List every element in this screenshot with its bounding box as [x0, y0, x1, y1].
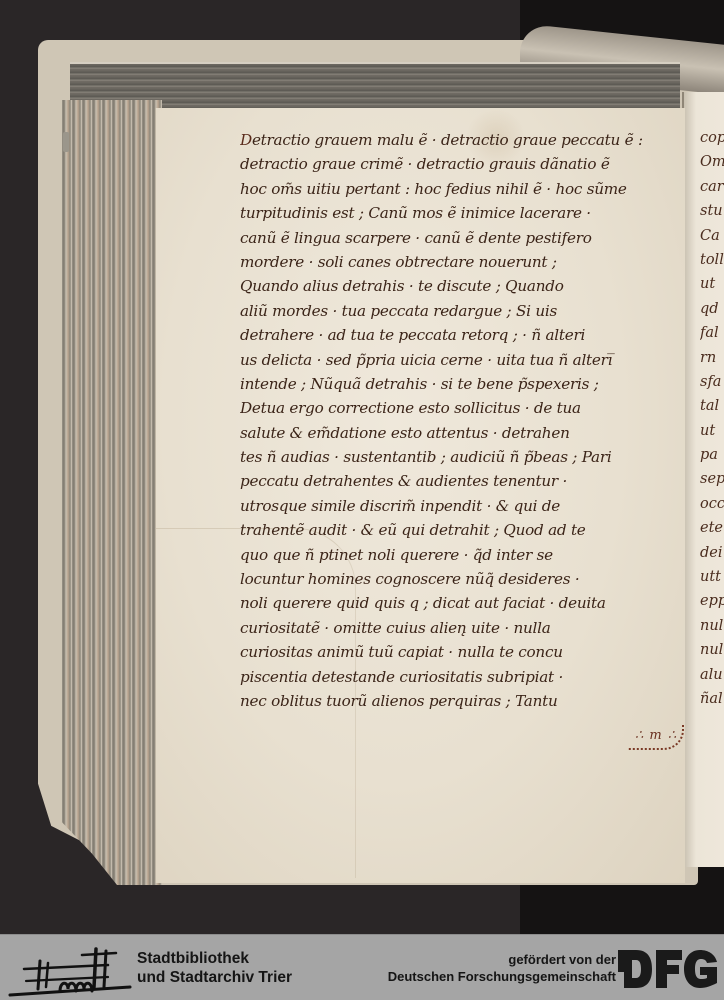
- institution-name-line2: und Stadtarchiv Trier: [137, 968, 292, 987]
- dfg-logo-icon: [618, 950, 718, 988]
- facing-line: dei: [700, 541, 724, 565]
- facing-page-text: cop Om car stu Ca toll ut qd fal rn sfa …: [700, 126, 724, 711]
- facing-line: stu: [700, 199, 724, 223]
- manuscript-line: curiositas animũ tuũ capiat · nulla te…: [240, 640, 690, 664]
- facing-line: occ: [700, 492, 724, 516]
- institution-footer: Stadtbibliothek und Stadtarchiv Trier ge…: [0, 934, 724, 1000]
- manuscript-line: piscentia detestande curiositatis subrip…: [240, 665, 690, 689]
- manuscript-line: aliũ mordes · tua peccata redargue ; Si…: [240, 299, 690, 323]
- facing-line: alu: [700, 663, 724, 687]
- facing-line: cop: [700, 126, 724, 150]
- manuscript-line: quo que ñ ptinet noli querere · q̃d int…: [240, 543, 690, 567]
- manuscript-line: tes ñ audias · sustentantib ; audiciũ …: [240, 445, 690, 469]
- manuscript-line: canũ ẽ lingua scarpere · canũ ẽ dent…: [240, 226, 690, 250]
- facing-line: Om: [700, 150, 724, 174]
- manuscript-line: Detractio grauem malu ẽ · detractio gra…: [240, 128, 690, 152]
- facing-line: rn: [700, 346, 724, 370]
- manuscript-text-block: Detractio grauem malu ẽ · detractio gra…: [240, 128, 690, 713]
- manuscript-line: utrosque simile discrim̃ inpendit · & qu…: [240, 494, 690, 518]
- manuscript-line: nec oblitus tuorũ alienos perquiras ; T…: [240, 689, 690, 713]
- facing-line: tal: [700, 394, 724, 418]
- facing-line: ñal: [700, 687, 724, 711]
- facing-line: epp: [700, 589, 724, 613]
- facing-line: sfa: [700, 370, 724, 394]
- facing-line: car: [700, 175, 724, 199]
- facing-line: qd: [700, 297, 724, 321]
- facing-line: nul: [700, 614, 724, 638]
- facing-line: toll: [700, 248, 724, 272]
- manuscript-line: locuntur homines cognoscere nũq̃ deside…: [240, 567, 690, 591]
- manuscript-line: salute & em̃datione esto attentus · detr…: [240, 421, 690, 445]
- facing-line: nul: [700, 638, 724, 662]
- manuscript-line: hoc om̃s uitiu pertant : hoc fedius nihi…: [240, 177, 690, 201]
- institution-name: Stadtbibliothek und Stadtarchiv Trier: [137, 949, 292, 987]
- manuscript-line: mordere · soli canes obtrectare nouerunt…: [240, 250, 690, 274]
- funding-notice-line2: Deutschen Forschungsgemeinschaft: [388, 968, 616, 985]
- funding-notice: gefördert von der Deutschen Forschungsge…: [388, 951, 616, 985]
- facing-line: Ca: [700, 224, 724, 248]
- manuscript-scan: cop Om car stu Ca toll ut qd fal rn sfa …: [0, 0, 724, 934]
- facing-line: ete: [700, 516, 724, 540]
- facing-line: fal: [700, 321, 724, 345]
- facing-line: sep: [700, 467, 724, 491]
- facing-line: ut: [700, 272, 724, 296]
- page-block-fore-edges: [62, 100, 162, 885]
- institution-name-line1: Stadtbibliothek: [137, 949, 292, 968]
- manuscript-line: detractio graue crimẽ · detractio graui…: [240, 152, 690, 176]
- manuscript-line: curiositatẽ · omitte cuius alien̨ uite …: [240, 616, 690, 640]
- facing-line: pa: [700, 443, 724, 467]
- quire-signature: ∴ m ∴: [635, 728, 677, 743]
- facing-line: ut: [700, 419, 724, 443]
- manuscript-line: Quando alius detrahis · te discute ; Qua…: [240, 274, 690, 298]
- manuscript-line: peccatu detrahentes & audientes tenentur…: [240, 469, 690, 493]
- funding-notice-line1: gefördert von der: [388, 951, 616, 968]
- manuscript-line: noli querere quid quis q ; dicat aut fac…: [240, 591, 690, 615]
- manuscript-line: turpitudinis est ; Canũ mos ẽ inimice …: [240, 201, 690, 225]
- stadtbibliothek-trier-logo-icon: [8, 941, 132, 997]
- manuscript-line: us delicta · sed p̃pria uicia cerne · ui…: [240, 348, 690, 372]
- manuscript-line: trahentẽ audit · & eũ qui detrahit ; Q…: [240, 518, 690, 542]
- facing-line: utt: [700, 565, 724, 589]
- page-tab-marker: [63, 132, 69, 152]
- manuscript-line: detrahere · ad tua te peccata retorq ; ·…: [240, 323, 690, 347]
- manuscript-line: intende ; Nũquã detrahis · si te bene …: [240, 372, 690, 396]
- manuscript-line: Detua ergo correctione esto sollicitus ·…: [240, 396, 690, 420]
